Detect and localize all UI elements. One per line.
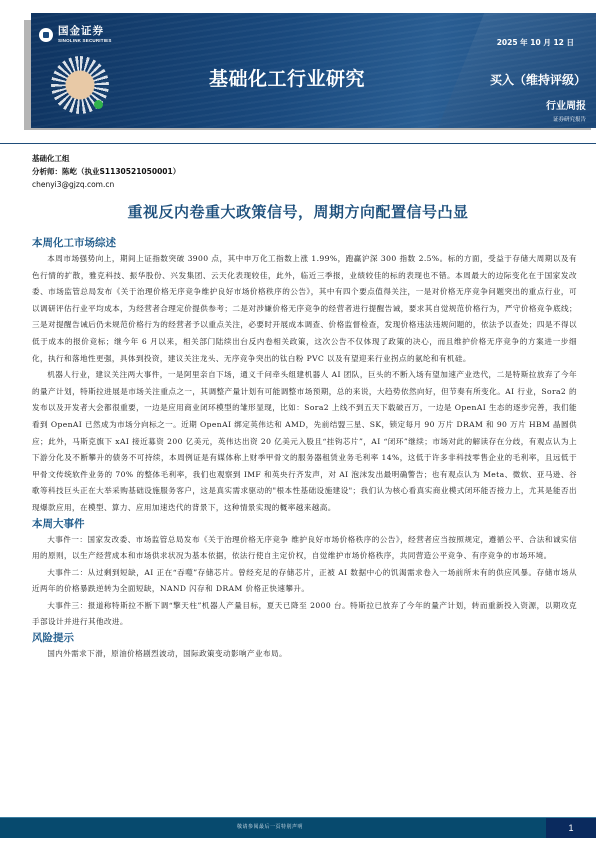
paragraph: 大事件三：报道称特斯拉不断下调“擎天柱”机器人产量目标，夏天已降至 2000 台… xyxy=(32,598,577,631)
logo-en: SINOLINK SECURITIES xyxy=(58,39,112,44)
section-heading-risk: 风险提示 xyxy=(32,631,577,646)
analyst-email[interactable]: chenyi3@gjzq.com.cn xyxy=(32,178,180,191)
report-category: 证券研究报告 xyxy=(553,115,586,123)
paragraph: 大事件一：国家发改委、市场监管总局发布《关于治理价格无序竞争 维护良好市场价格秩… xyxy=(32,532,577,565)
banner-title: 基础化工行业研究 xyxy=(209,64,365,91)
logo-cn: 国金证券 xyxy=(58,26,112,37)
page-footer: 敬请参阅最后一页特别声明 1 xyxy=(0,817,596,838)
disclaimer-note: 敬请参阅最后一页特别声明 xyxy=(0,823,540,830)
report-date: 2025 年 10 月 12 日 xyxy=(497,37,574,48)
logo-mark-icon xyxy=(39,28,53,42)
rating: 买入（维持评级） xyxy=(490,71,586,88)
paragraph: 机器人行业，建议关注两大事件，一是阿里亲自下场，通义千问牵头组建机器人 AI 团… xyxy=(32,367,577,516)
section-heading-market-review: 本周化工市场综述 xyxy=(32,236,577,251)
report-body: 本周化工市场综述 本周市场强势向上，期间上证指数突破 3900 点，其中申万化工… xyxy=(32,236,577,663)
document-title: 重视反内卷重大政策信号，周期方向配置信号凸显 xyxy=(0,201,596,222)
company-logo: 国金证券 SINOLINK SECURITIES xyxy=(39,26,112,43)
research-group: 基础化工组 xyxy=(32,152,180,165)
paragraph: 大事件二：从过剩到短缺，AI 正在“吞噬”存储芯片。曾经充足的存储芯片，正被 A… xyxy=(32,565,577,598)
page-number: 1 xyxy=(546,818,596,838)
paragraph: 国内外需求下滑，原油价格剧烈波动，国际政策变动影响产业布局。 xyxy=(32,646,577,663)
author-block: 基础化工组 分析师：陈屹（执业S1130521050001） chenyi3@g… xyxy=(32,152,180,191)
section-heading-weekly-events: 本周大事件 xyxy=(32,517,577,532)
header-banner: 国金证券 SINOLINK SECURITIES 基础化工行业研究 2025 年… xyxy=(31,13,596,128)
header-divider xyxy=(0,143,596,144)
analyst-name: 分析师：陈屹（执业S1130521050001） xyxy=(32,165,180,178)
paragraph: 本周市场强势向上，期间上证指数突破 3900 点，其中申万化工指数上涨 1.99… xyxy=(32,251,577,367)
mini-program-icon xyxy=(94,100,103,109)
report-type: 行业周报 xyxy=(546,97,586,112)
